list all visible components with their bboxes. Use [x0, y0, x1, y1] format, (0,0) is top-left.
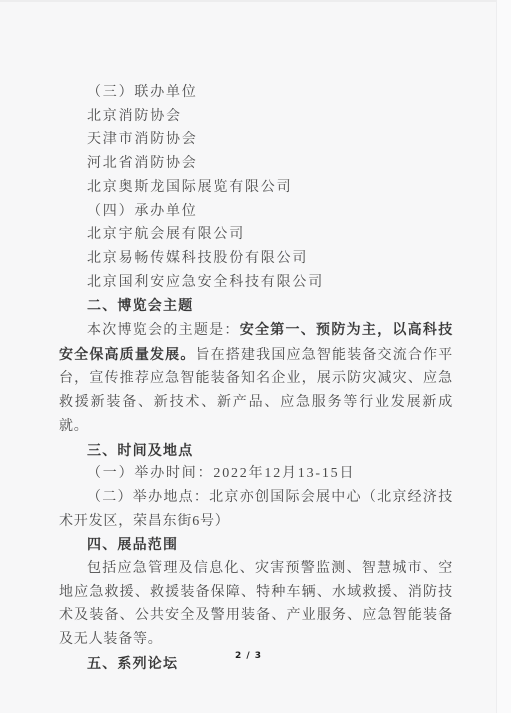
text-run: 北京奥斯龙国际展览有限公司	[87, 180, 292, 195]
paragraph: （二）举办地点：北京亦创国际会展中心（北京经济技术开发区，荣昌东街6号）	[59, 486, 453, 533]
text-run: 北京宇航会展有限公司	[87, 227, 245, 242]
doc-line: （一）举办时间：2022年12月13-15日	[59, 462, 453, 486]
text-run: （二）举办地点：北京亦创国际会展中心（北京经济技术开发区，荣昌东街6号）	[59, 490, 453, 529]
document-page: （三）联办单位北京消防协会天津市消防协会河北省消防协会北京奥斯龙国际展览有限公司…	[0, 0, 511, 713]
doc-line: （三）联办单位	[59, 81, 453, 105]
text-run: 四、展品范围	[87, 536, 178, 552]
text-run: 二、博览会主题	[87, 297, 193, 313]
section-heading: 三、时间及地点	[59, 439, 453, 463]
doc-line: 北京国利安应急安全科技有限公司	[59, 271, 453, 295]
page-right-gutter	[496, 0, 511, 713]
doc-line: （四）承办单位	[59, 200, 453, 224]
text-run: （三）联办单位	[87, 85, 198, 100]
text-run: 北京消防协会	[87, 109, 182, 124]
text-run: 本次博览会的主题是：	[87, 323, 240, 338]
doc-line: 北京消防协会	[59, 105, 453, 129]
page-number: 2 / 3	[0, 651, 497, 661]
section-heading: 二、博览会主题	[59, 294, 453, 318]
text-run: 天津市消防协会	[87, 132, 198, 147]
doc-line: 北京宇航会展有限公司	[59, 223, 453, 247]
text-run: （四）承办单位	[87, 204, 198, 219]
text-run: （一）举办时间：2022年12月13-15日	[87, 466, 355, 481]
doc-line: 北京易畅传媒科技股份有限公司	[59, 247, 453, 271]
text-run: 北京易畅传媒科技股份有限公司	[87, 251, 308, 266]
doc-line: 天津市消防协会	[59, 128, 453, 152]
paragraph: 本次博览会的主题是：安全第一、预防为主，以高科技安全保高质量发展。旨在搭建我国应…	[59, 318, 453, 439]
text-run: 三、时间及地点	[87, 442, 193, 458]
doc-line: 河北省消防协会	[59, 152, 453, 176]
paragraph: 包括应急管理及信息化、灾害预警监测、智慧城市、空地应急救援、救援装备保障、特种车…	[59, 557, 453, 652]
document-content: （三）联办单位北京消防协会天津市消防协会河北省消防协会北京奥斯龙国际展览有限公司…	[59, 81, 453, 676]
text-run: 河北省消防协会	[87, 156, 198, 171]
page-top-edge	[0, 0, 511, 2]
text-run: 北京国利安应急安全科技有限公司	[87, 275, 324, 290]
doc-line: 北京奥斯龙国际展览有限公司	[59, 176, 453, 200]
text-run: 包括应急管理及信息化、灾害预警监测、智慧城市、空地应急救援、救援装备保障、特种车…	[59, 561, 453, 647]
section-heading: 四、展品范围	[59, 533, 453, 557]
